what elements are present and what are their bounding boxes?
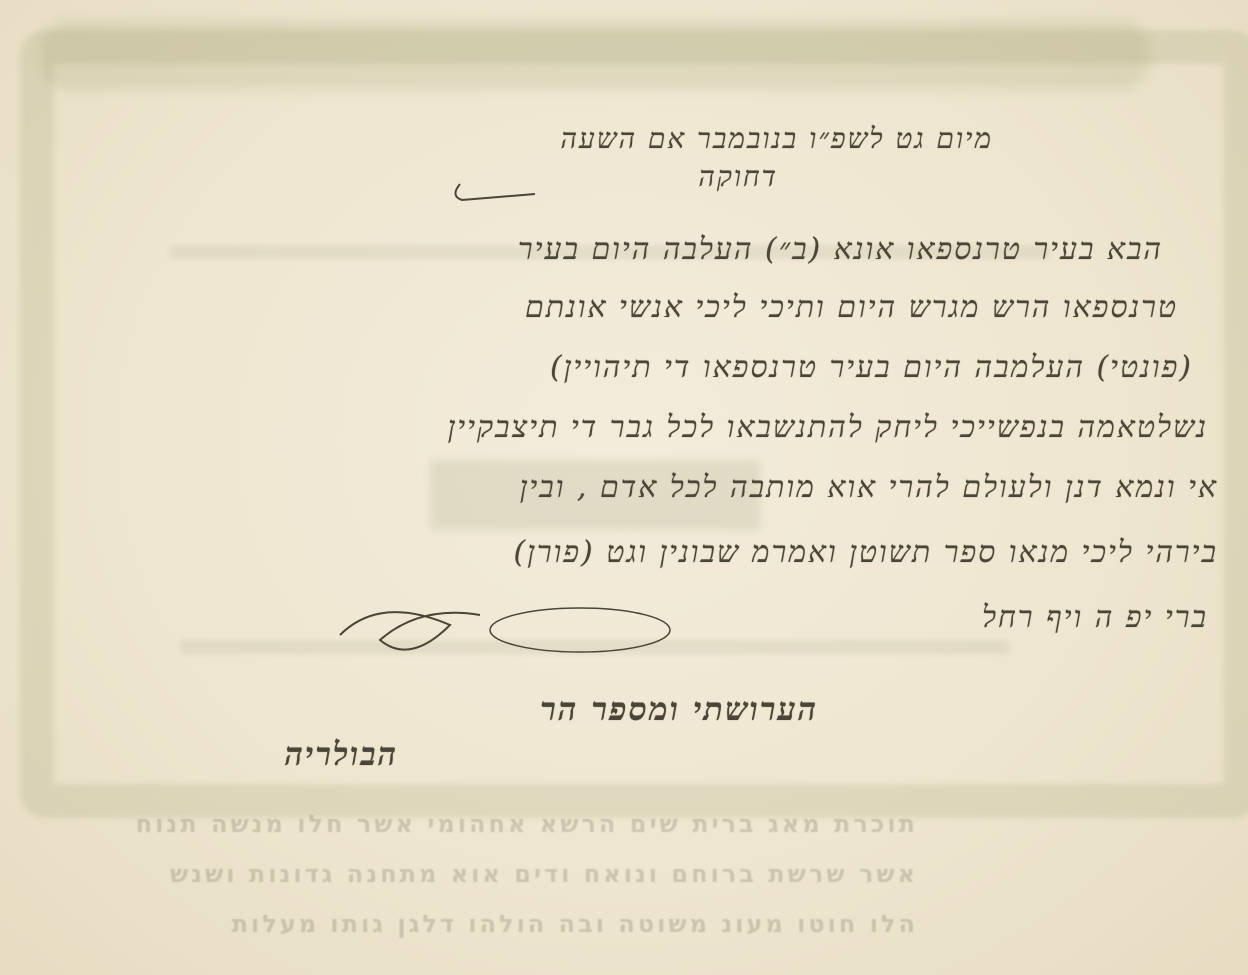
body-line-1: הבא בעיר טרנספאו אונא (ב״) העלבה היום בע… [518, 232, 1163, 267]
body-line-7: ברי יפ ה ויף רחל [982, 600, 1208, 635]
body-line-4: נשלטאמה בנפשייכי ליחק להתנשבאו לכל גבר ד… [448, 410, 1208, 445]
body-line-3: (פונטי) העלמבה היום בעיר טרנספאו די תיהו… [550, 350, 1193, 385]
body-line-6: בירהי ליכי מנאו ספר תשוטן ואמרמ שבונין ו… [514, 535, 1218, 570]
closing-line-1: הערושתי ומספר הר [540, 690, 818, 728]
bleed-print-line-1: תוכרת מאג ברית שים הרשא אחהומי אשר חלו מ… [136, 810, 918, 838]
heading-line-1: מיום גט לשפ״ו בנובמבר אם השעה [561, 122, 994, 156]
heading-line-2: דחוקה [698, 160, 778, 194]
bleed-print-line-2: אשר שרשת ברוחם ונואח ודים אוא מתחנה גדונ… [170, 860, 918, 888]
heading-underline-flourish [430, 182, 540, 210]
body-line-5: אי ונמא דנן ולעולם להרי אוא מותבה לכל אד… [520, 470, 1218, 505]
body-line-2: טרנספאו הרש מגרש היום ותיכי ליכי אנשי או… [525, 290, 1178, 325]
bleed-print-line-3: הלו חוטו מעונ משוטה ובה הולהו דלגן גותו … [232, 910, 918, 938]
closing-line-2: הבולריה [285, 735, 399, 773]
signature-flourish [320, 585, 700, 665]
